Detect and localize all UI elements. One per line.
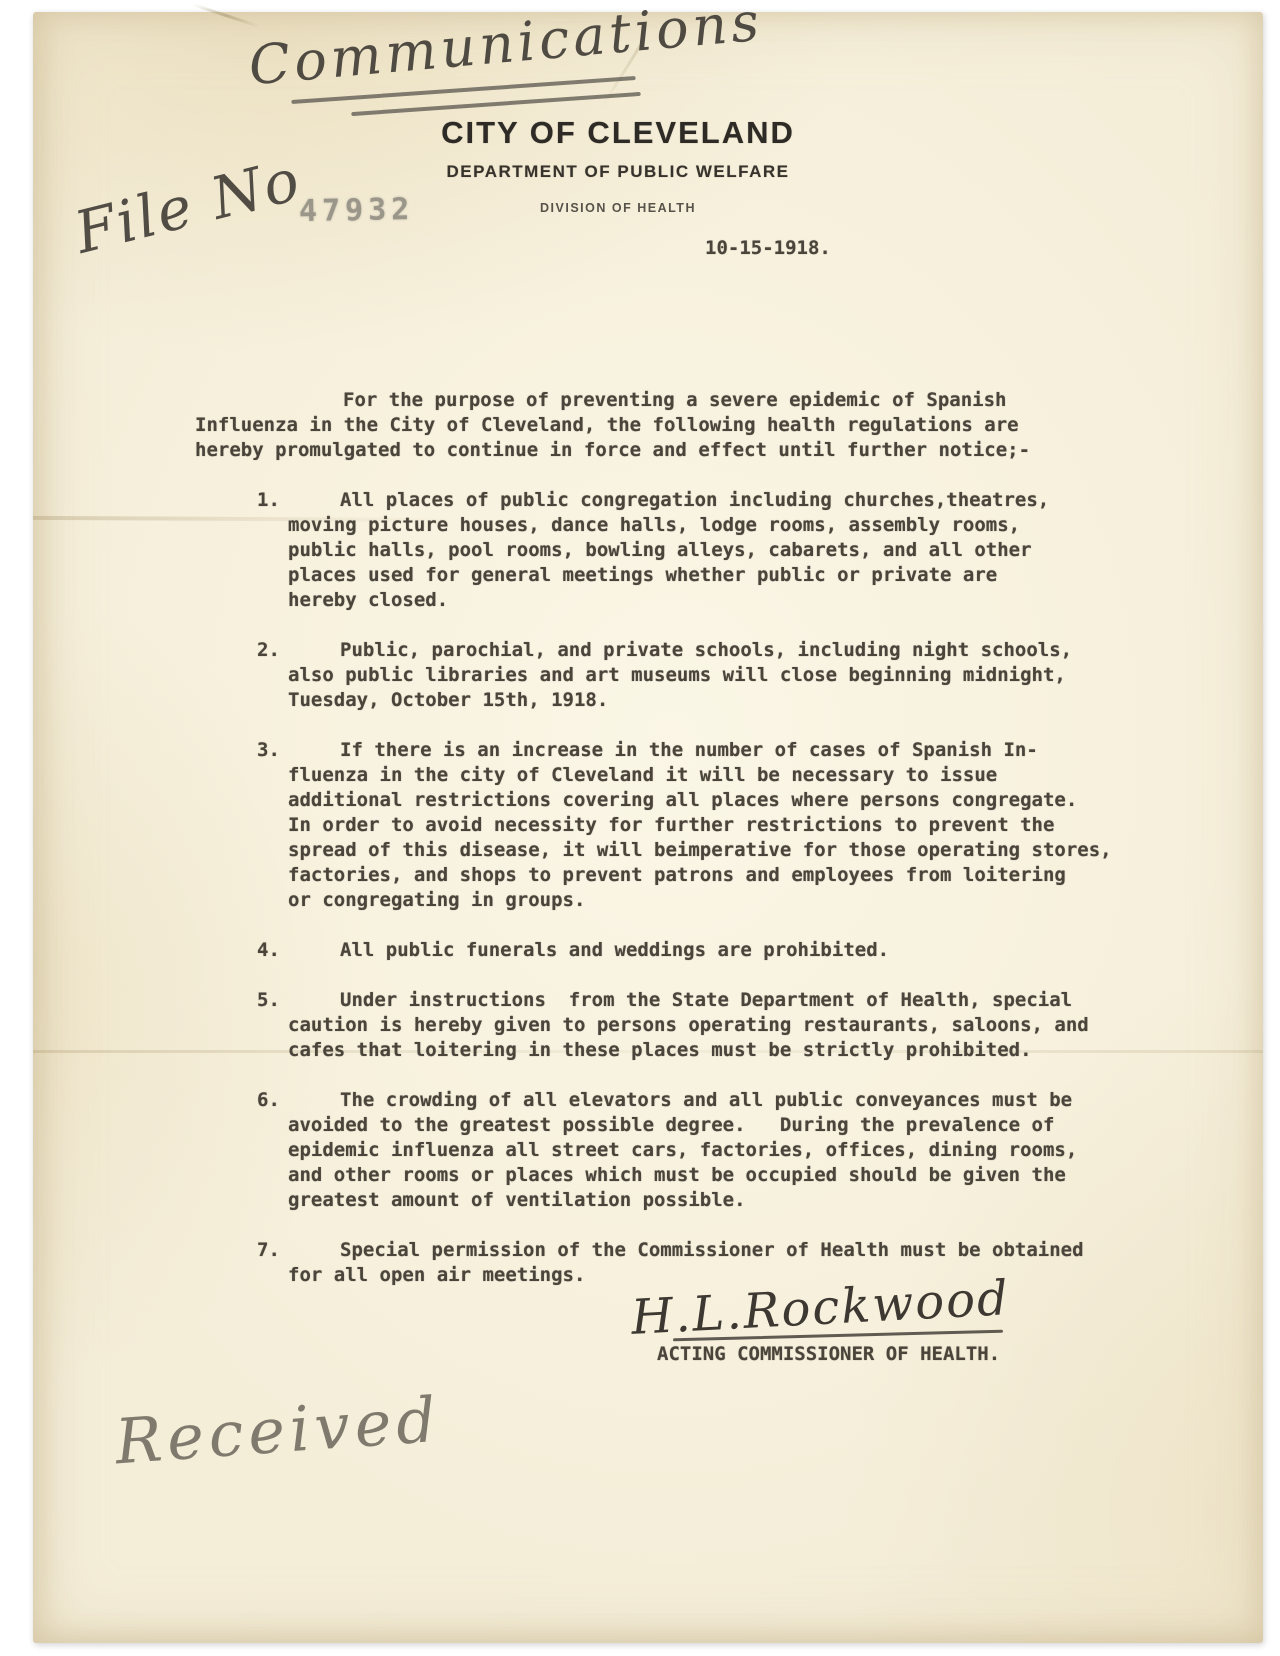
regulation-text: Public, parochial, and private schools, … <box>288 638 1180 713</box>
paper-crease <box>192 3 260 27</box>
regulation-item: 3. If there is an increase in the number… <box>195 738 1180 913</box>
regulation-text: If there is an increase in the number of… <box>288 738 1180 913</box>
regulation-item: 5. Under instructions from the State Dep… <box>195 988 1180 1063</box>
regulation-text: All public funerals and weddings are pro… <box>288 938 1180 963</box>
intro-paragraph: For the purpose of preventing a severe e… <box>195 388 1180 463</box>
screenshot-root: { "annotations": { "top_note": "Communic… <box>0 0 1280 1656</box>
regulation-item: 6. The crowding of all elevators and all… <box>195 1088 1180 1213</box>
regulation-number: 1. <box>257 488 288 613</box>
regulation-text: All places of public congregation includ… <box>288 488 1180 613</box>
regulation-number: 7. <box>257 1238 288 1288</box>
regulation-number: 3. <box>257 738 288 913</box>
regulation-item: 7. Special permission of the Commissione… <box>195 1238 1180 1288</box>
document-page: Communications CITY OF CLEVELAND DEPARTM… <box>33 12 1263 1643</box>
letterhead-title: CITY OF CLEVELAND <box>33 116 1203 150</box>
signature-title: ACTING COMMISSIONER OF HEALTH. <box>657 1342 1000 1367</box>
regulation-number: 5. <box>257 988 288 1063</box>
regulation-item: 4. All public funerals and weddings are … <box>195 938 1180 963</box>
regulation-text: Special permission of the Commissioner o… <box>288 1238 1180 1288</box>
letter-body: For the purpose of preventing a severe e… <box>195 388 1180 1313</box>
regulation-text: The crowding of all elevators and all pu… <box>288 1088 1180 1213</box>
regulation-item: 2. Public, parochial, and private school… <box>195 638 1180 713</box>
regulation-number: 6. <box>257 1088 288 1213</box>
letter-date: 10-15-1918. <box>705 236 831 261</box>
file-number-stamp: 47932 <box>299 192 415 229</box>
regulation-text: Under instructions from the State Depart… <box>288 988 1180 1063</box>
handwritten-note-communications: Communications <box>246 0 765 97</box>
regulation-item: 1. All places of public congregation inc… <box>195 488 1180 613</box>
regulation-number: 2. <box>257 638 288 713</box>
regulation-number: 4. <box>257 938 288 963</box>
handwritten-note-received: Received <box>113 1383 443 1479</box>
